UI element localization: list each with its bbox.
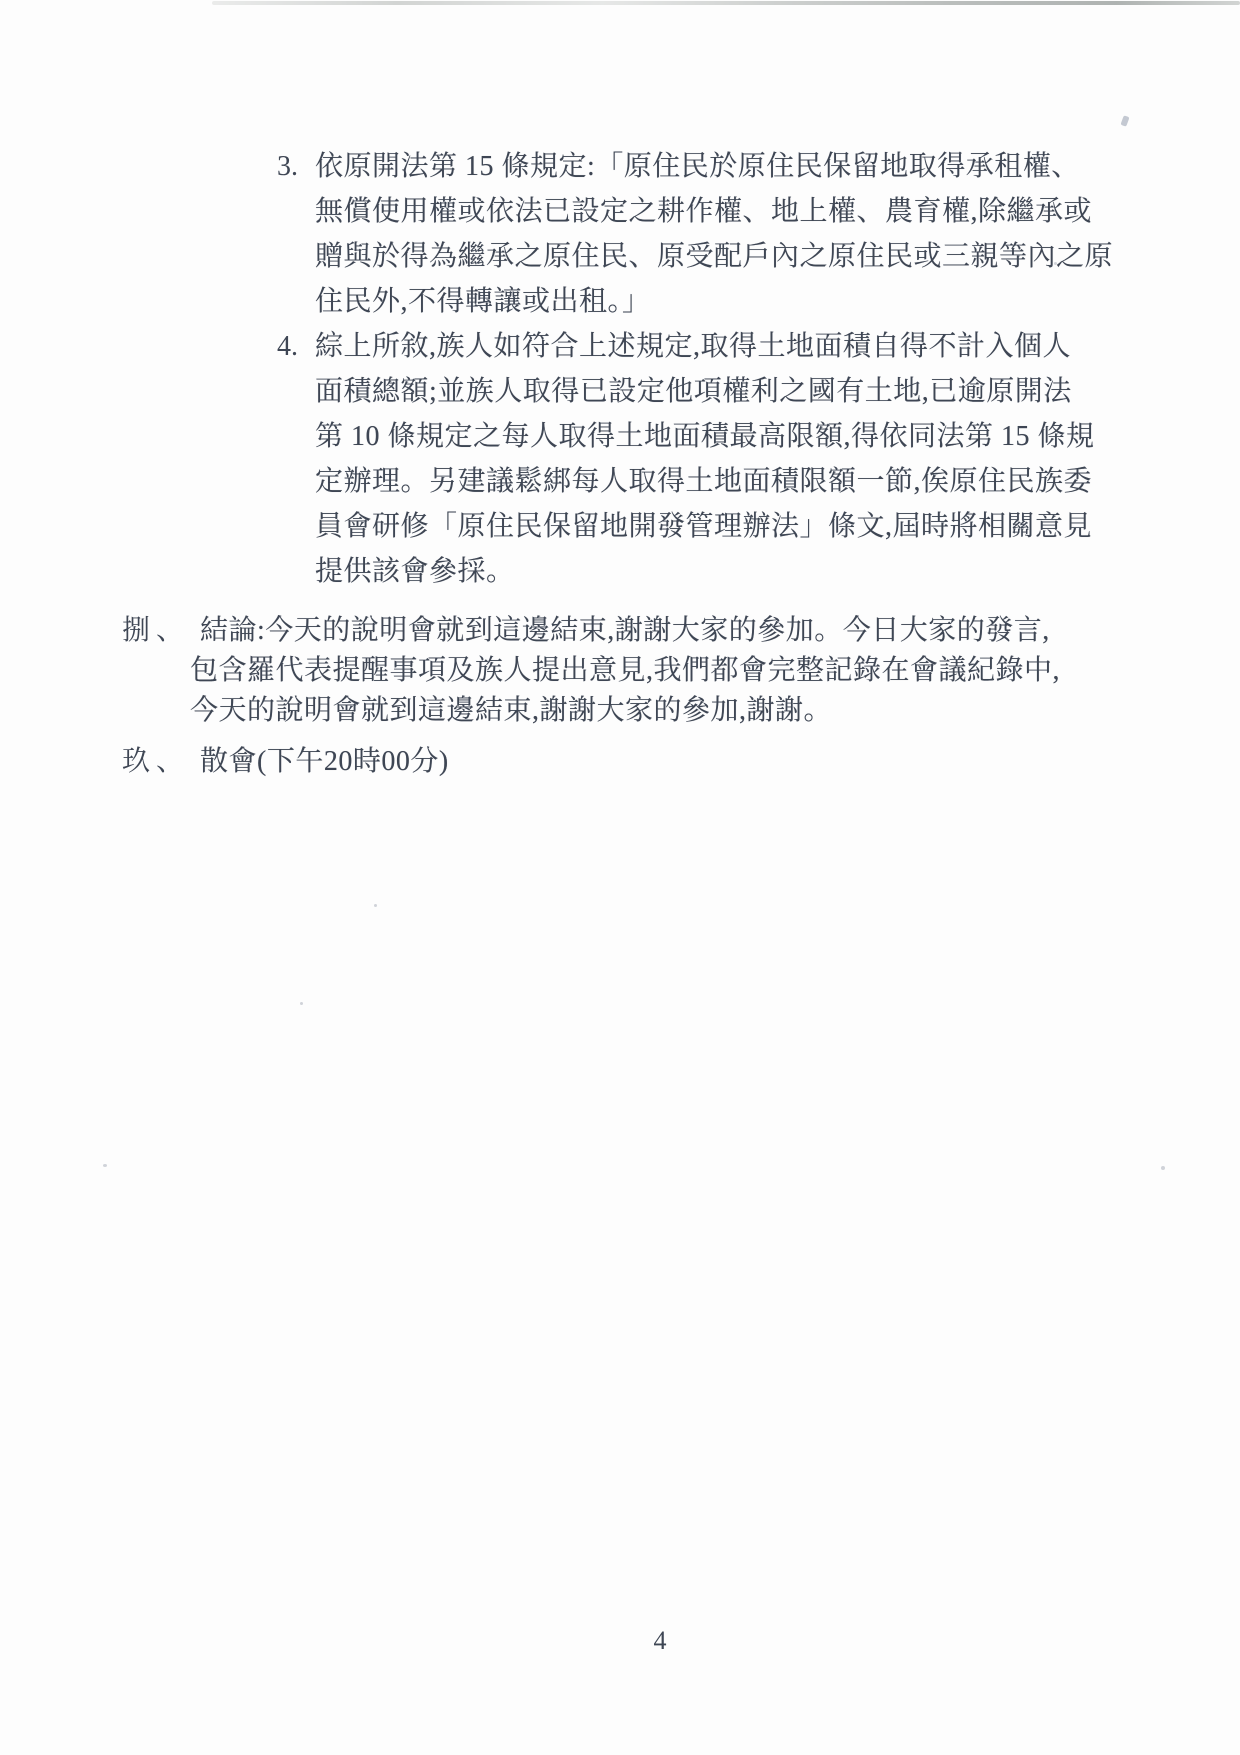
scan-speck bbox=[1120, 115, 1129, 126]
section-conclusion: 捌、 結論:今天的說明會就到這邊結束,謝謝大家的參加。今日大家的發言, 包含羅代… bbox=[122, 611, 1202, 731]
section-adjournment-label: 玖、 bbox=[122, 742, 190, 782]
item-4-number: 4. bbox=[277, 324, 315, 369]
scan-speck bbox=[300, 1002, 303, 1005]
scan-speck bbox=[103, 1164, 107, 1167]
section-adjournment-text: 散會(下午20時00分) bbox=[190, 742, 449, 782]
list-item-3: 3. 依原開法第 15 條規定:「原住民於原住民保留地取得承租權、 無償使用權或… bbox=[277, 144, 1207, 324]
scan-speck bbox=[1161, 1166, 1165, 1170]
scan-speck bbox=[1054, 262, 1057, 265]
section-conclusion-text: 結論:今天的說明會就到這邊結束,謝謝大家的參加。今日大家的發言, 包含羅代表提醒… bbox=[190, 611, 1060, 731]
item-4-text: 綜上所敘,族人如符合上述規定,取得土地面積自得不計入個人 面積總額;並族人取得已… bbox=[315, 324, 1095, 594]
page-number: 4 bbox=[644, 1626, 676, 1656]
document-page: 3. 依原開法第 15 條規定:「原住民於原住民保留地取得承租權、 無償使用權或… bbox=[0, 0, 1240, 1755]
list-item-4: 4. 綜上所敘,族人如符合上述規定,取得土地面積自得不計入個人 面積總額;並族人… bbox=[277, 324, 1207, 594]
item-3-text: 依原開法第 15 條規定:「原住民於原住民保留地取得承租權、 無償使用權或依法已… bbox=[315, 144, 1113, 324]
scan-artifact-line bbox=[212, 1, 1240, 5]
section-adjournment: 玖、 散會(下午20時00分) bbox=[122, 742, 1202, 782]
numbered-list: 3. 依原開法第 15 條規定:「原住民於原住民保留地取得承租權、 無償使用權或… bbox=[277, 144, 1207, 594]
item-3-number: 3. bbox=[277, 144, 315, 189]
section-conclusion-label: 捌、 bbox=[122, 611, 190, 651]
scan-speck bbox=[374, 904, 377, 907]
